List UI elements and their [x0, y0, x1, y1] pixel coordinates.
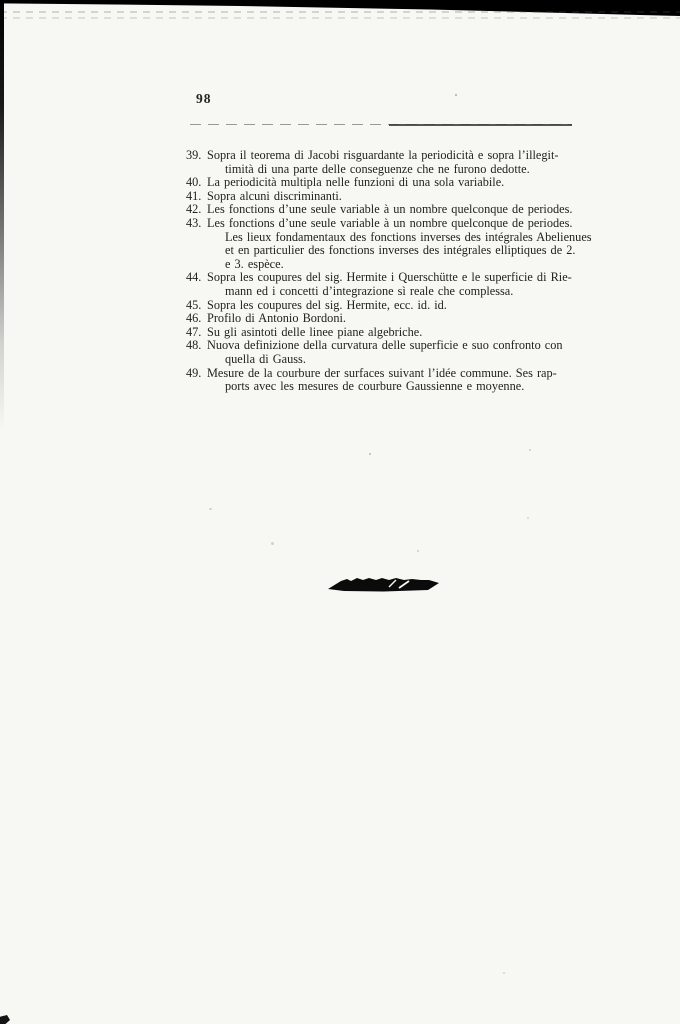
entry-text: Sopra les coupures del sig. Hermite i Qu…: [207, 271, 572, 298]
entry-number: 44.: [186, 271, 207, 285]
entry-text: Nuova definizione della curvatura delle …: [207, 339, 563, 366]
scan-speck: [503, 972, 505, 974]
list-item: 49. Mesure de la courbure der surfaces s…: [186, 367, 594, 394]
scanned-document-page: 98 39. Sopra il teorema di Jacobi risgua…: [0, 0, 680, 1024]
scan-edge-left: [0, 0, 4, 430]
list-item: 45. Sopra les coupures del sig. Hermite,…: [186, 299, 594, 313]
scan-noise-line: [0, 17, 680, 19]
list-item: 42. Les fonctions d’une seule variable à…: [186, 203, 594, 217]
entry-text: Sopra alcuni discriminanti.: [207, 190, 342, 204]
works-list: 39. Sopra il teorema di Jacobi risguarda…: [186, 149, 594, 394]
entry-number: 47.: [186, 326, 207, 340]
scan-speck: [417, 550, 419, 552]
entry-number: 49.: [186, 367, 207, 381]
list-item: 40. La periodicità multipla nelle funzio…: [186, 176, 594, 190]
list-item: 43. Les fonctions d’une seule variable à…: [186, 217, 594, 271]
entry-number: 42.: [186, 203, 207, 217]
entry-text: Les fonctions d’une seule variable à un …: [207, 203, 572, 217]
scan-speck: [209, 508, 212, 510]
scan-speck: [369, 453, 371, 455]
entry-text: Su gli asintoti delle linee piane algebr…: [207, 326, 422, 340]
list-item: 39. Sopra il teorema di Jacobi risguarda…: [186, 149, 594, 176]
scan-corner-mark: [0, 1015, 10, 1024]
entry-number: 40.: [186, 176, 207, 190]
header-rule: [190, 124, 572, 126]
header-rule-solid: [389, 124, 572, 126]
entry-number: 48.: [186, 339, 207, 353]
entry-number: 45.: [186, 299, 207, 313]
entry-text: La periodicità multipla nelle funzioni d…: [207, 176, 504, 190]
list-item: 46. Profilo di Antonio Bordoni.: [186, 312, 594, 326]
page-number: 98: [196, 91, 212, 107]
entry-number: 46.: [186, 312, 207, 326]
entry-number: 43.: [186, 217, 207, 231]
entry-text: Profilo di Antonio Bordoni.: [207, 312, 346, 326]
entry-text: Sopra il teorema di Jacobi risguardante …: [207, 149, 558, 176]
list-item: 48. Nuova definizione della curvatura de…: [186, 339, 594, 366]
scan-speck: [529, 449, 531, 451]
entry-text: Sopra les coupures del sig. Hermite, ecc…: [207, 299, 447, 313]
entry-text: Les fonctions d’une seule variable à un …: [207, 217, 592, 271]
list-item: 47. Su gli asintoti delle linee piane al…: [186, 326, 594, 340]
entry-number: 41.: [186, 190, 207, 204]
list-item: 44. Sopra les coupures del sig. Hermite …: [186, 271, 594, 298]
ink-blot: [326, 574, 442, 596]
entry-text: Mesure de la courbure der surfaces suiva…: [207, 367, 557, 394]
scan-speck: [455, 94, 457, 96]
entry-number: 39.: [186, 149, 207, 163]
list-item: 41. Sopra alcuni discriminanti.: [186, 190, 594, 204]
scan-noise-line: [0, 11, 680, 13]
scan-speck: [527, 517, 529, 519]
scan-speck: [271, 542, 274, 545]
